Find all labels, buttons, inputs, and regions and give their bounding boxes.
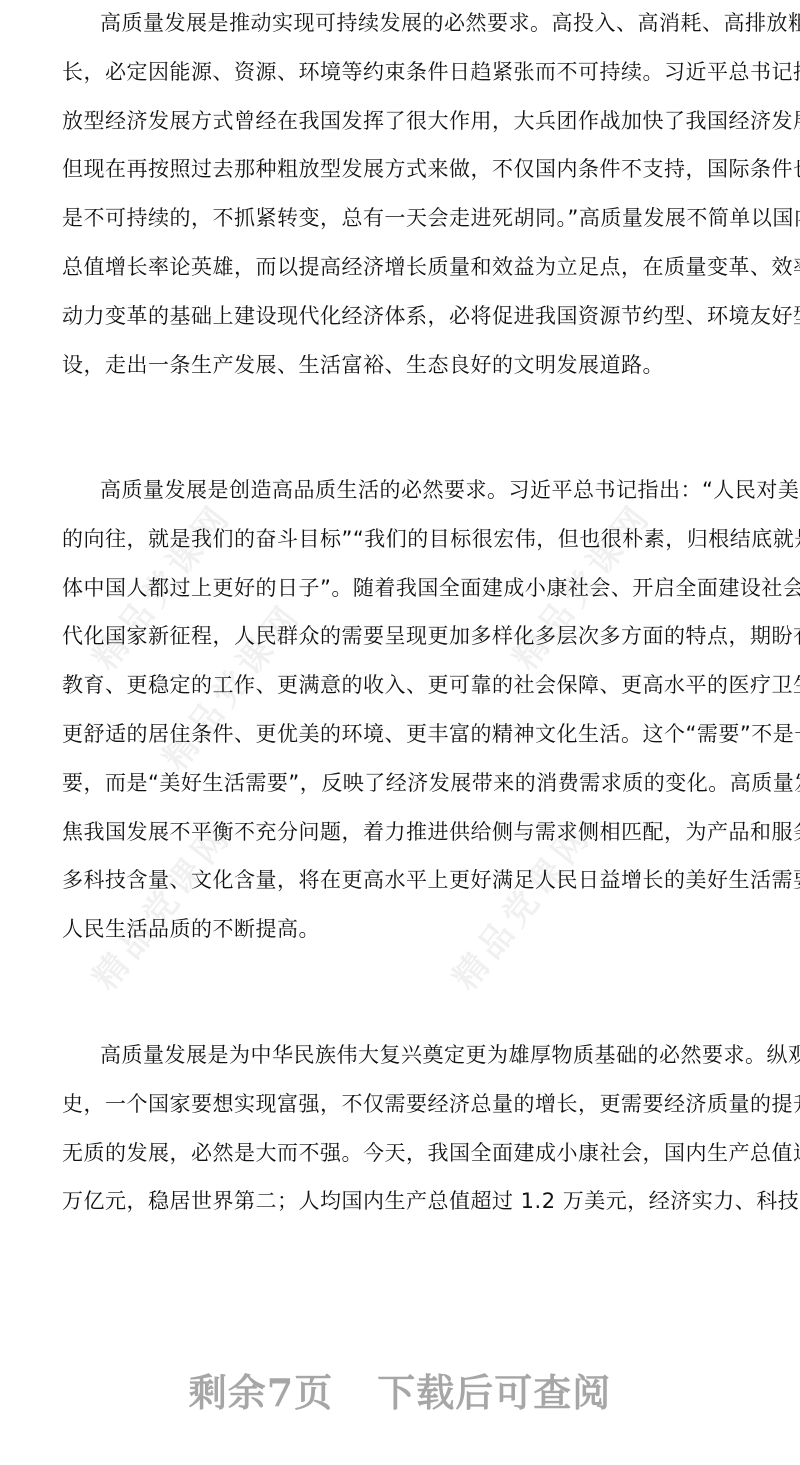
text-line: 的向往，就是我们的奋斗目标”“我们的目标很宏伟，但也很朴素，归根结底就是让全 — [24, 515, 776, 564]
text-line: 要，而是“美好生活需要”，反映了经济发展带来的消费需求质的变化。高质量发展聚 — [24, 759, 776, 808]
text-line: 放型经济发展方式曾经在我国发挥了很大作用，大兵团作战加快了我国经济发展步伐， — [24, 97, 776, 146]
text-line: 设，走出一条生产发展、生活富裕、生态良好的文明发展道路。 — [24, 341, 776, 390]
text-line: 无质的发展，必然是大而不强。今天，我国全面建成小康社会，国内生产总值达到 114 — [24, 1129, 776, 1178]
download-more-banner[interactable]: 剩余7页下载后可查阅 — [0, 1362, 800, 1417]
paragraph-3: 高质量发展是为中华民族伟大复兴奠定更为雄厚物质基础的必然要求。纵观世界历 史，一… — [24, 1031, 776, 1226]
text-line: 体中国人都过上更好的日子”。随着我国全面建成小康社会、开启全面建设社会主义现 — [24, 564, 776, 613]
text-line: 教育、更稳定的工作、更满意的收入、更可靠的社会保障、更高水平的医疗卫生服务、 — [24, 661, 776, 710]
text-line: 长，必定因能源、资源、环境等约束条件日趋紧张而不可持续。习近平总书记指出：“粗 — [24, 48, 776, 97]
text-line: 史，一个国家要想实现富强，不仅需要经济总量的增长，更需要经济质量的提升。有量 — [24, 1080, 776, 1129]
text-line: 焦我国发展不平衡不充分问题，着力推进供给侧与需求侧相匹配，为产品和服务注入更 — [24, 808, 776, 857]
text-line: 人民生活品质的不断提高。 — [24, 905, 776, 954]
text-line: 多科技含量、文化含量，将在更高水平上更好满足人民日益增长的美好生活需要，实现 — [24, 856, 776, 905]
text-line: 是不可持续的，不抓紧转变，总有一天会走进死胡同。”高质量发展不简单以国内生产 — [24, 194, 776, 243]
paragraph-1: 高质量发展是推动实现可持续发展的必然要求。高投入、高消耗、高排放粗放型增 长，必… — [24, 0, 776, 389]
text-line: 高质量发展是推动实现可持续发展的必然要求。高投入、高消耗、高排放粗放型增 — [24, 0, 776, 48]
remaining-pages-label: 剩余7页 — [189, 1362, 333, 1417]
text-line: 总值增长率论英雄，而以提高经济增长质量和效益为立足点，在质量变革、效率变革、 — [24, 243, 776, 292]
text-line: 高质量发展是为中华民族伟大复兴奠定更为雄厚物质基础的必然要求。纵观世界历 — [24, 1031, 776, 1080]
text-line: 万亿元，稳居世界第二；人均国内生产总值超过 1.2 万美元，经济实力、科技实力、… — [24, 1177, 776, 1226]
text-line: 代化国家新征程，人民群众的需要呈现更加多样化多层次多方面的特点，期盼有更好的 — [24, 612, 776, 661]
text-line: 动力变革的基础上建设现代化经济体系，必将促进我国资源节约型、环境友好型社会建 — [24, 292, 776, 341]
download-prompt-label[interactable]: 下载后可查阅 — [377, 1362, 611, 1417]
text-line: 高质量发展是创造高品质生活的必然要求。习近平总书记指出：“人民对美好生活 — [24, 466, 776, 515]
text-line: 但现在再按照过去那种粗放型发展方式来做，不仅国内条件不支持，国际条件也不支持， — [24, 145, 776, 194]
paragraph-2: 高质量发展是创造高品质生活的必然要求。习近平总书记指出：“人民对美好生活 的向往… — [24, 466, 776, 954]
text-line: 更舒适的居住条件、更优美的环境、更丰富的精神文化生活。这个“需要”不是一般需 — [24, 710, 776, 759]
